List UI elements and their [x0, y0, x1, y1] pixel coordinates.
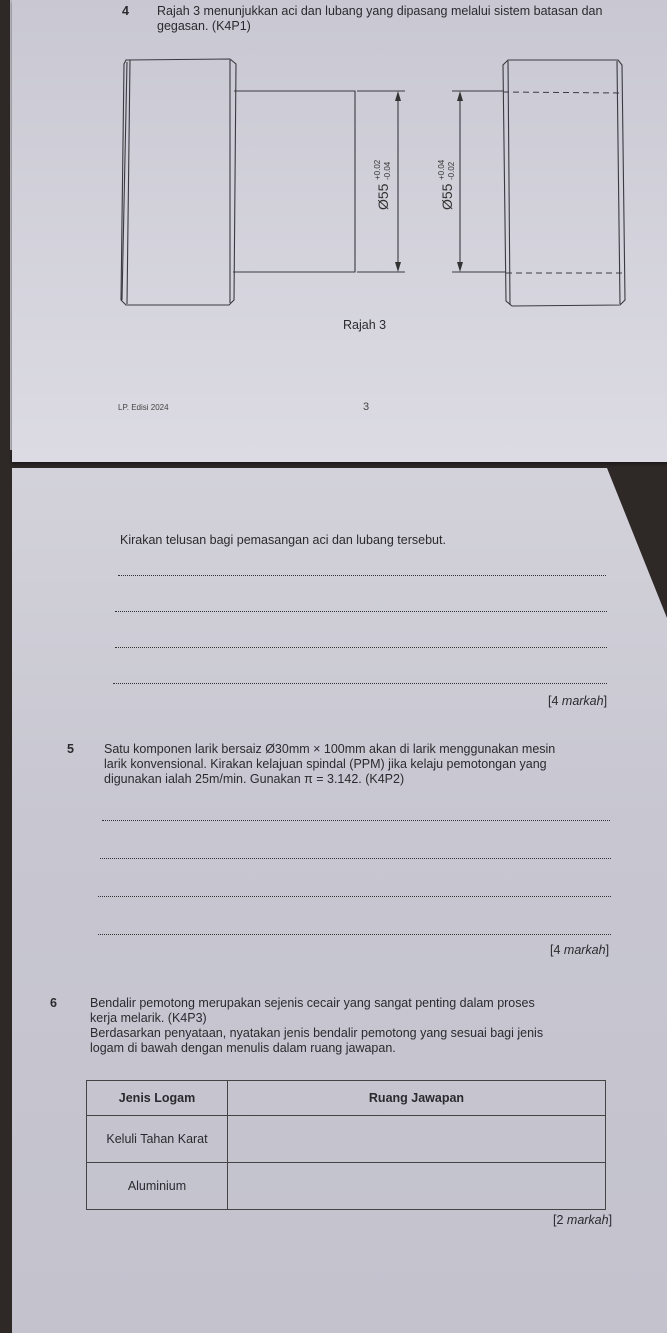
dim-arrow-down-icon — [457, 262, 463, 272]
svg-text:-0.04: -0.04 — [383, 161, 392, 180]
answer-line[interactable] — [118, 575, 606, 576]
question-5-marks: [4 markah] — [550, 943, 609, 957]
svg-text:+0.04: +0.04 — [437, 159, 446, 180]
dim-arrow-up-icon — [457, 91, 463, 101]
question-4-marks: [4 markah] — [548, 694, 607, 708]
question-6-line-1: Bendalir pemotong merupakan sejenis ceca… — [90, 996, 618, 1011]
figure-caption: Rajah 3 — [343, 318, 386, 332]
answer-line[interactable] — [98, 896, 611, 897]
answer-line[interactable] — [115, 647, 607, 648]
answer-line[interactable] — [113, 683, 607, 684]
dim-arrow-up-icon — [395, 91, 401, 101]
answer-cell[interactable] — [228, 1163, 606, 1210]
table-row: Keluli Tahan Karat — [87, 1116, 606, 1163]
header-ruang-jawapan: Ruang Jawapan — [228, 1081, 606, 1116]
table-header-row: Jenis Logam Ruang Jawapan — [87, 1081, 606, 1116]
question-6-line-2: kerja melarik. (K4P3) — [90, 1011, 618, 1026]
dim-arrow-down-icon — [395, 262, 401, 272]
answer-table: Jenis Logam Ruang Jawapan Keluli Tahan K… — [86, 1080, 606, 1210]
metal-cell: Aluminium — [87, 1163, 228, 1210]
footer-edition: LP. Edisi 2024 — [118, 403, 169, 412]
answer-line[interactable] — [98, 934, 611, 935]
answer-cell[interactable] — [228, 1116, 606, 1163]
svg-text:Ø55: Ø55 — [375, 183, 391, 210]
question-6-line-4: logam di bawah dengan menulis dalam ruan… — [90, 1041, 618, 1056]
shaft-tolerance-label: Ø55 +0.02 -0.04 — [373, 159, 392, 210]
figure-rajah-3: Ø55 +0.02 -0.04 Ø55 +0.04 -0.02 — [0, 0, 667, 470]
svg-text:-0.02: -0.02 — [447, 161, 456, 180]
header-jenis-logam: Jenis Logam — [87, 1081, 228, 1116]
page-number: 3 — [363, 401, 369, 413]
shaft-drawing — [121, 59, 405, 305]
question-5-line-3: digunakan ialah 25m/min. Gunakan π = 3.1… — [104, 772, 614, 787]
hole-drawing — [452, 60, 625, 306]
table-row: Aluminium — [87, 1163, 606, 1210]
answer-line[interactable] — [115, 611, 607, 612]
question-5-number: 5 — [67, 742, 74, 756]
metal-cell: Keluli Tahan Karat — [87, 1116, 228, 1163]
question-6-marks: [2 markah] — [553, 1213, 612, 1227]
question-5-line-2: larik konvensional. Kirakan kelajuan spi… — [104, 757, 614, 772]
answer-line[interactable] — [102, 820, 610, 821]
question-5-text: Satu komponen larik bersaiz Ø30mm × 100m… — [104, 742, 614, 787]
answer-line[interactable] — [100, 858, 611, 859]
question-5-line-1: Satu komponen larik bersaiz Ø30mm × 100m… — [104, 742, 614, 757]
hole-tolerance-label: Ø55 +0.04 -0.02 — [437, 159, 456, 210]
hidden-line-top — [503, 92, 622, 93]
svg-text:Ø55: Ø55 — [439, 183, 455, 210]
question-4-prompt: Kirakan telusan bagi pemasangan aci dan … — [120, 533, 446, 548]
question-6-line-3: Berdasarkan penyataan, nyatakan jenis be… — [90, 1026, 618, 1041]
question-6-text: Bendalir pemotong merupakan sejenis ceca… — [90, 996, 618, 1056]
folded-corner — [607, 468, 667, 618]
question-6-number: 6 — [50, 996, 57, 1010]
svg-text:+0.02: +0.02 — [373, 159, 382, 180]
